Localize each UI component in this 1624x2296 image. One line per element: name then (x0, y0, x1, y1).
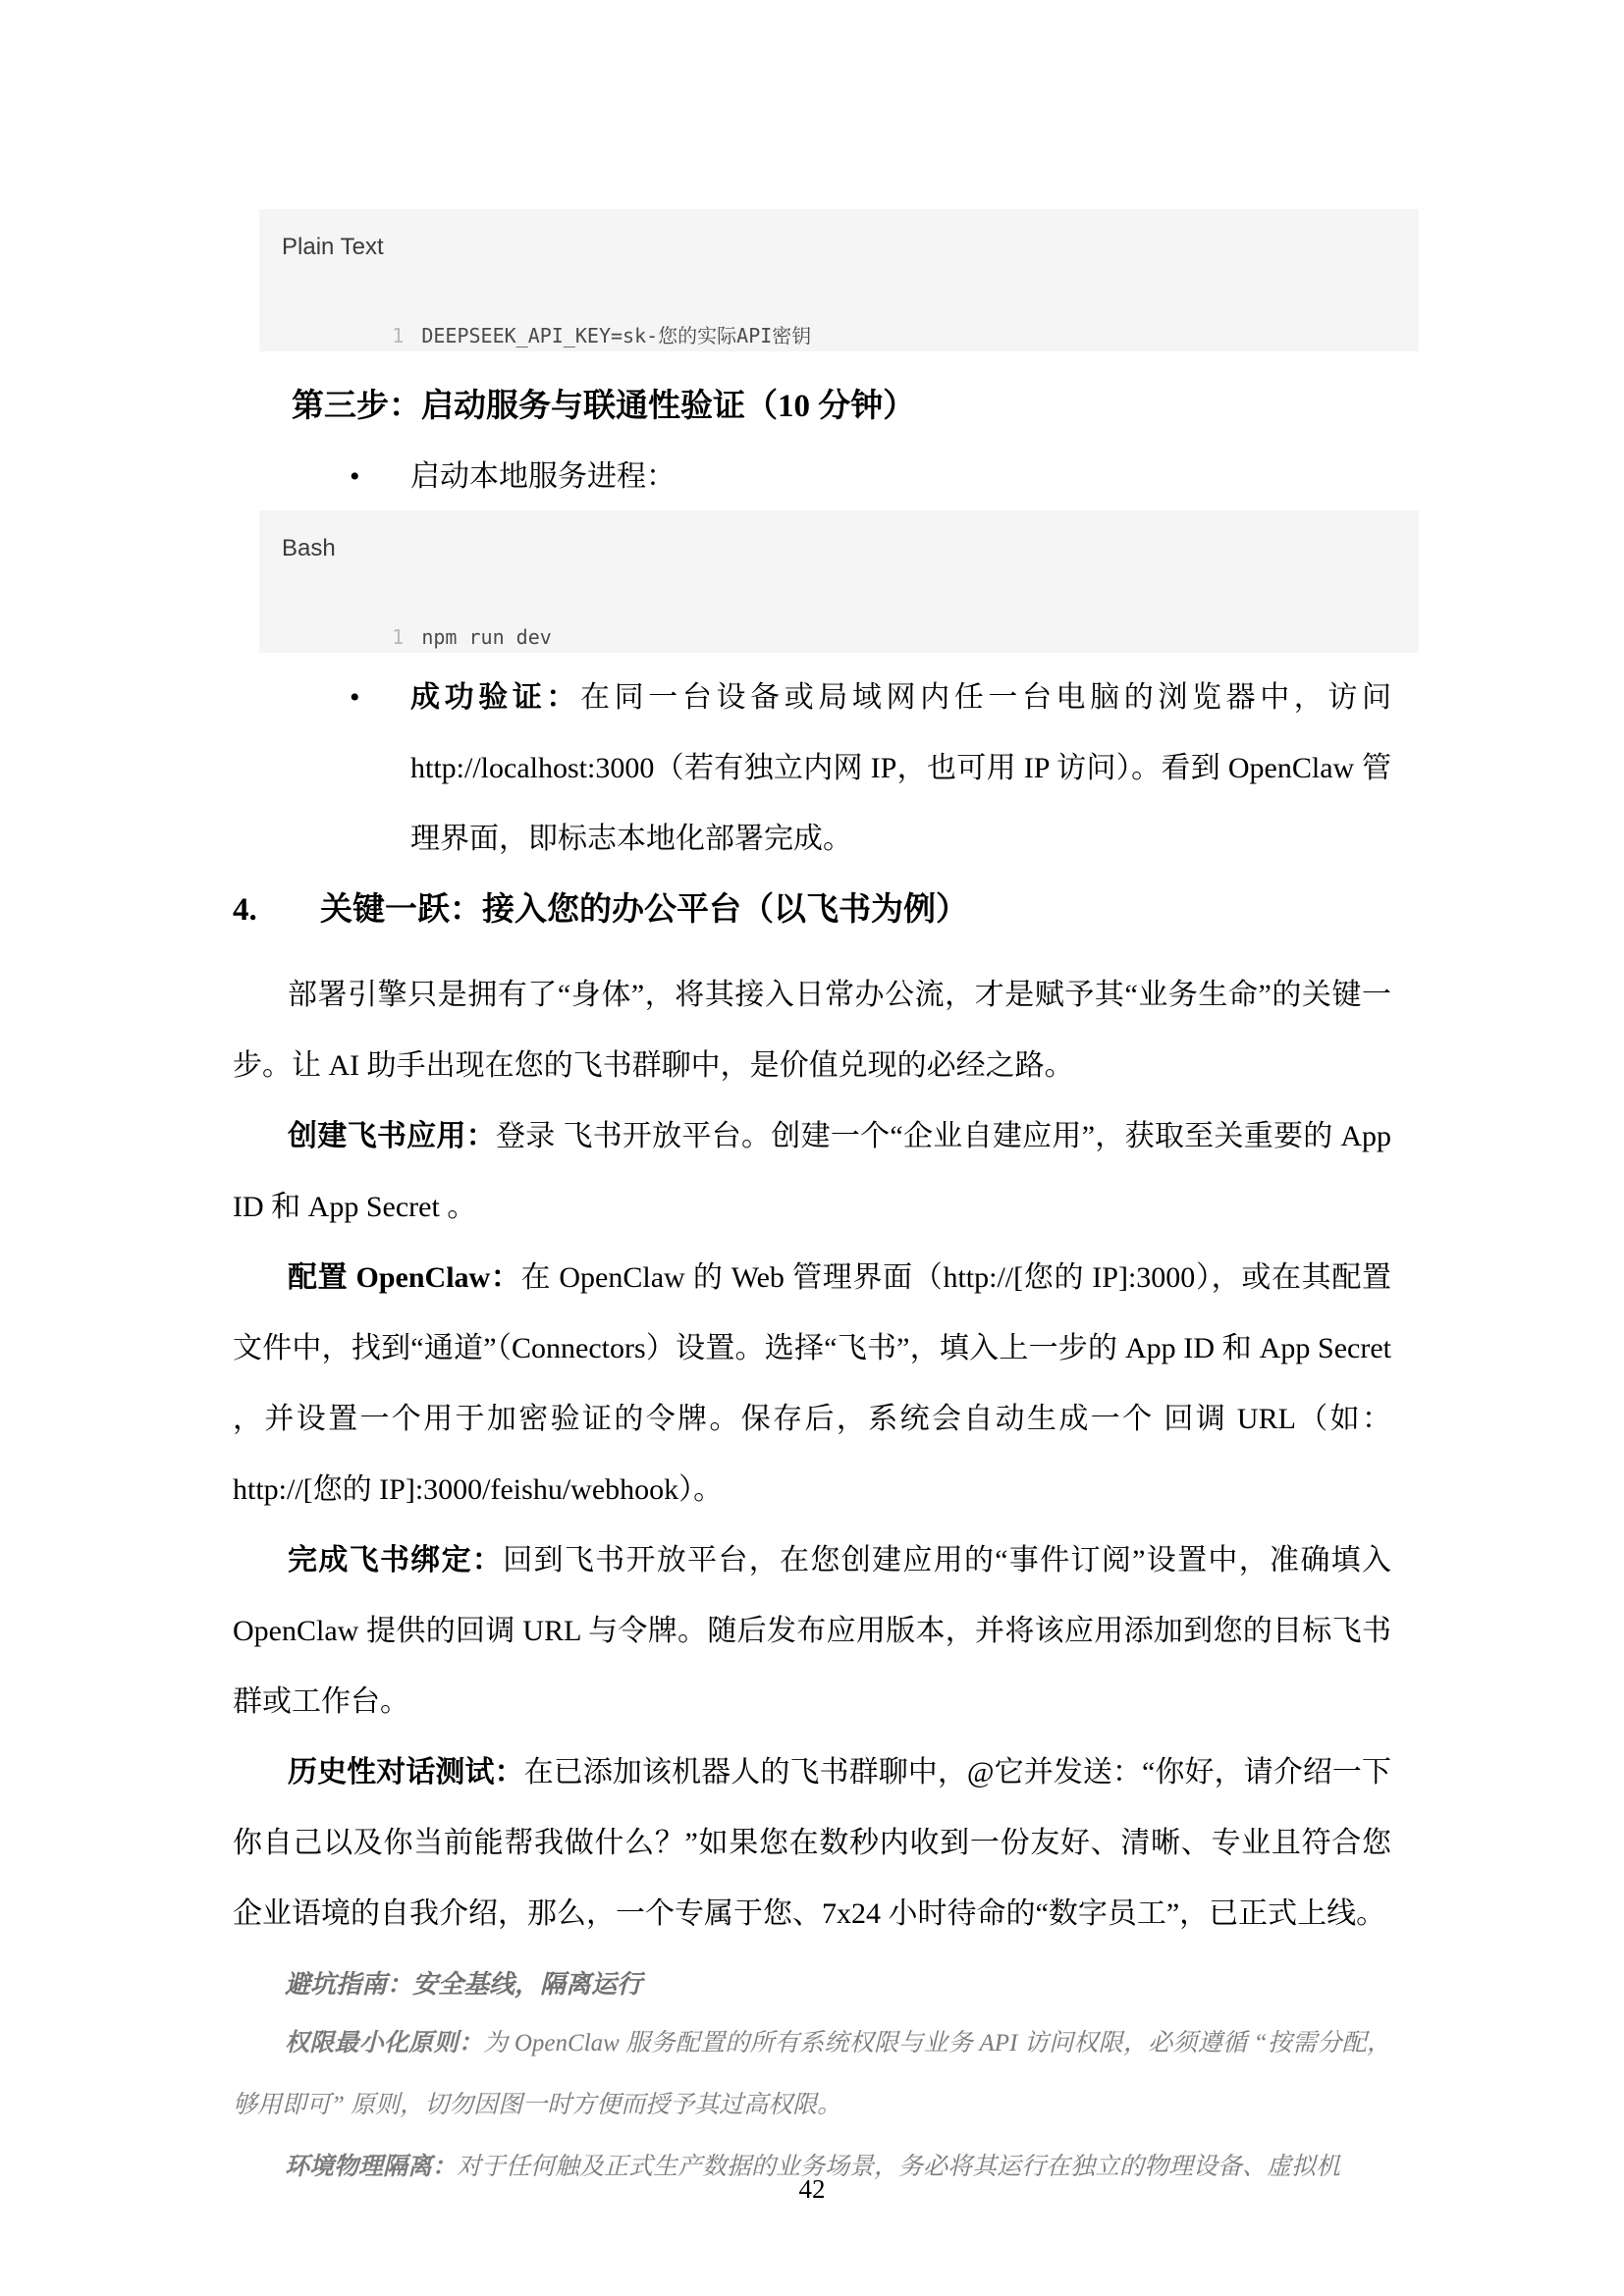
paragraph-lead: 配置 OpenClaw： (288, 1261, 521, 1294)
code-line: 1DEEPSEEK_API_KEY=sk-您的实际API密钥 (259, 297, 1419, 374)
paragraph-text: 在 OpenClaw 的 Web 管理界面（http://[您的 IP]:300… (233, 1261, 1391, 1506)
list-item-lead: 成功验证： (410, 681, 580, 714)
paragraph-create-app: 创建飞书应用：登录 飞书开放平台。创建一个“企业自建应用”，获取至关重要的 Ap… (233, 1101, 1391, 1243)
paragraph-lead: 历史性对话测试： (288, 1756, 524, 1789)
list-item-verify: • 成功验证：在同一台设备或局域网内任一台电脑的浏览器中，访问 http://l… (233, 663, 1391, 875)
line-number: 1 (381, 323, 404, 348)
document-page: Plain Text 1DEEPSEEK_API_KEY=sk-您的实际API密… (0, 0, 1624, 2296)
paragraph-feishu-binding: 完成飞书绑定：回到飞书开放平台，在您创建应用的“事件订阅”设置中，准确填入 Op… (233, 1525, 1391, 1737)
note-lead: 权限最小化原则： (285, 2030, 483, 2056)
note-min-privilege: 权限最小化原则：为 OpenClaw 服务配置的所有系统权限与业务 API 访问… (233, 2012, 1391, 2136)
code-language-label: Bash (259, 534, 1419, 563)
bullet-icon: • (350, 663, 360, 733)
body-paragraphs: 部署引擎只是拥有了“身体”，将其接入日常办公流，才是赋予其“业务生命”的关键一步… (233, 960, 1391, 1949)
paragraph-lead: 完成飞书绑定： (288, 1544, 503, 1576)
bullet-icon: • (350, 455, 360, 499)
list-item-text: 启动本地服务进程： (410, 460, 676, 493)
line-number: 1 (381, 624, 404, 650)
list-item-start-service: • 启动本地服务进程： (233, 455, 1391, 499)
note-heading: 避坑指南：安全基线，隔离运行 (233, 1957, 1391, 2012)
code-text: npm run dev (421, 625, 551, 649)
heading-section4-number: 4. (233, 886, 320, 934)
paragraph-intro: 部署引擎只是拥有了“身体”，将其接入日常办公流，才是赋予其“业务生命”的关键一步… (233, 960, 1391, 1101)
paragraph-configure-openclaw: 配置 OpenClaw：在 OpenClaw 的 Web 管理界面（http:/… (233, 1243, 1391, 1525)
heading-step3: 第三步：启动服务与联通性验证（10 分钟） (292, 383, 1391, 430)
paragraph-dialog-test: 历史性对话测试：在已添加该机器人的飞书群聊中，@它并发送：“你好，请介绍一下你自… (233, 1737, 1391, 1949)
heading-section4-text: 关键一跃：接入您的办公平台（以飞书为例） (320, 886, 968, 934)
heading-section4: 4. 关键一跃：接入您的办公平台（以飞书为例） (233, 886, 1391, 934)
code-block-bash: Bash 1npm run dev (259, 510, 1419, 653)
content-area: Plain Text 1DEEPSEEK_API_KEY=sk-您的实际API密… (233, 209, 1391, 2198)
code-block-plain-text: Plain Text 1DEEPSEEK_API_KEY=sk-您的实际API密… (259, 209, 1419, 351)
code-text: DEEPSEEK_API_KEY=sk-您的实际API密钥 (421, 324, 811, 347)
page-number: 42 (0, 2174, 1624, 2205)
paragraph-lead: 创建飞书应用： (288, 1120, 496, 1152)
code-language-label: Plain Text (259, 233, 1419, 262)
